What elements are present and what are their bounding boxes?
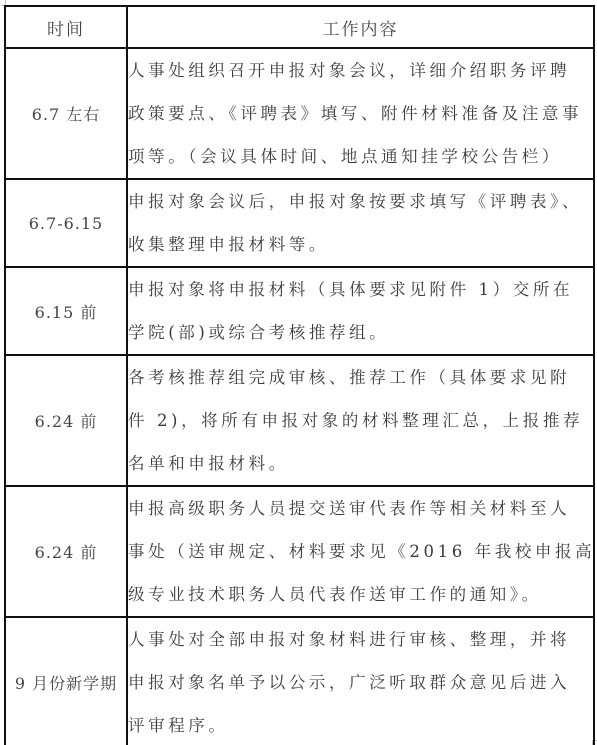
row-content: 申报对象会议后，申报对象按要求填写《评聘表》、 收集整理申报材料等。 — [127, 179, 594, 267]
table-row: 6.7 左右 人事处组织召开申报对象会议，详细介绍职务评聘 政策要点、《评聘表》… — [5, 48, 594, 179]
content-line: 事处（送审规定、材料要求见《2016 年我校申报高 — [128, 530, 593, 573]
content-line: 人事处组织召开申报对象会议，详细介绍职务评聘 — [128, 49, 593, 92]
table-row: 6.7-6.15 申报对象会议后，申报对象按要求填写《评聘表》、 收集整理申报材… — [5, 179, 594, 267]
row-content: 人事处对全部申报对象材料进行审核、整理，并将 申报对象名单予以公示，广泛听取群众… — [127, 617, 594, 745]
row-time: 6.7 左右 — [5, 48, 127, 179]
table-row: 6.24 前 各考核推荐组完成审核、推荐工作（具体要求见附 件 2)，将所有申报… — [5, 355, 594, 486]
table-row: 6.24 前 申报高级职务人员提交送审代表作等相关材料至人 事处（送审规定、材料… — [5, 486, 594, 617]
row-content: 申报对象将申报材料（具体要求见附件 1）交所在 学院(部)或综合考核推荐组。 — [127, 267, 594, 355]
row-time: 6.24 前 — [5, 355, 127, 486]
content-line: 收集整理申报材料等。 — [128, 223, 593, 266]
header-time: 时间 — [5, 6, 127, 48]
content-line: 申报高级职务人员提交送审代表作等相关材料至人 — [128, 487, 593, 530]
row-content: 申报高级职务人员提交送审代表作等相关材料至人 事处（送审规定、材料要求见《201… — [127, 486, 594, 617]
row-content: 各考核推荐组完成审核、推荐工作（具体要求见附 件 2)，将所有申报对象的材料整理… — [127, 355, 594, 486]
content-line: 申报对象名单予以公示，广泛听取群众意见后进入 — [128, 661, 593, 704]
row-time: 6.24 前 — [5, 486, 127, 617]
content-line: 评审程序。 — [128, 704, 593, 745]
table-row: 9 月份新学期 人事处对全部申报对象材料进行审核、整理，并将 申报对象名单予以公… — [5, 617, 594, 745]
content-line: 项等。（会议具体时间、地点通知挂学校公告栏） — [128, 135, 593, 178]
schedule-table: 时间 工作内容 6.7 左右 人事处组织召开申报对象会议，详细介绍职务评聘 政策… — [4, 5, 595, 745]
header-content: 工作内容 — [127, 6, 594, 48]
content-line: 人事处对全部申报对象材料进行审核、整理，并将 — [128, 618, 593, 661]
content-line: 政策要点、《评聘表》填写、附件材料准备及注意事 — [128, 92, 593, 135]
content-line: 各考核推荐组完成审核、推荐工作（具体要求见附 — [128, 356, 593, 399]
row-time: 6.15 前 — [5, 267, 127, 355]
content-line: 件 2)，将所有申报对象的材料整理汇总，上报推荐 — [128, 399, 593, 442]
content-line: 级专业技术职务人员代表作送审工作的通知》。 — [128, 573, 593, 616]
row-time: 6.7-6.15 — [5, 179, 127, 267]
table-row: 6.15 前 申报对象将申报材料（具体要求见附件 1）交所在 学院(部)或综合考… — [5, 267, 594, 355]
row-time: 9 月份新学期 — [5, 617, 127, 745]
content-line: 申报对象会议后，申报对象按要求填写《评聘表》、 — [128, 180, 593, 223]
content-line: 申报对象将申报材料（具体要求见附件 1）交所在 — [128, 268, 593, 311]
row-content: 人事处组织召开申报对象会议，详细介绍职务评聘 政策要点、《评聘表》填写、附件材料… — [127, 48, 594, 179]
content-line: 名单和申报材料。 — [128, 442, 593, 485]
content-line: 学院(部)或综合考核推荐组。 — [128, 311, 593, 354]
table-header-row: 时间 工作内容 — [5, 6, 594, 48]
